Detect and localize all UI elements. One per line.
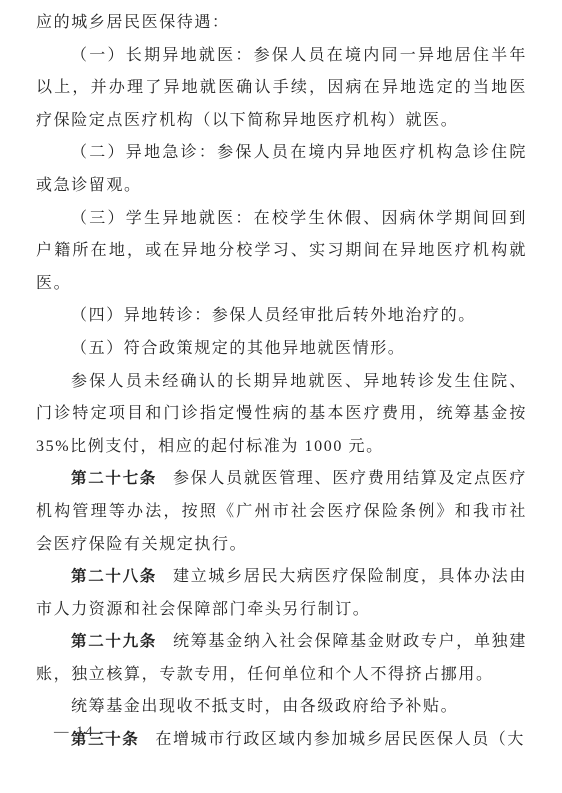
paragraph-text: （三）学生异地就医：在校学生休假、因病休学期间回到户籍所在地，或在异地分校学习、… bbox=[36, 210, 527, 292]
paragraph-text: （二）异地急诊：参保人员在境内异地医疗机构急诊住院或急诊留观。 bbox=[36, 144, 527, 194]
document-body: 应的城乡居民医保待遇： （一）长期异地就医：参保人员在境内同一异地居住半年以上，… bbox=[36, 7, 527, 757]
paragraph-text: （一）长期异地就医：参保人员在境内同一异地居住半年以上，并办理了异地就医确认手续… bbox=[36, 47, 527, 129]
paragraph-text: 统筹基金出现收不抵支时，由各级政府给予补贴。 bbox=[71, 698, 458, 715]
paragraph-text: 在增城市行政区域内参加城乡居民医保人员（大 bbox=[155, 731, 525, 748]
paragraph-text: 应的城乡居民医保待遇： bbox=[36, 14, 230, 31]
paragraph: 应的城乡居民医保待遇： bbox=[36, 7, 527, 40]
paragraph: （二）异地急诊：参保人员在境内异地医疗机构急诊住院或急诊留观。 bbox=[36, 137, 527, 202]
paragraph-article-29: 第二十九条统筹基金纳入社会保障基金财政专户，单独建账，独立核算，专款专用，任何单… bbox=[36, 626, 527, 691]
article-number: 第二十九条 bbox=[71, 633, 157, 650]
paragraph: （三）学生异地就医：在校学生休假、因病休学期间回到户籍所在地，或在异地分校学习、… bbox=[36, 203, 527, 301]
paragraph-article-28: 第二十八条建立城乡居民大病医疗保险制度，具体办法由市人力资源和社会保障部门牵头另… bbox=[36, 561, 527, 626]
page-number: — 14 — bbox=[54, 724, 117, 741]
article-number: 第二十八条 bbox=[71, 568, 157, 585]
paragraph: （一）长期异地就医：参保人员在境内同一异地居住半年以上，并办理了异地就医确认手续… bbox=[36, 40, 527, 138]
paragraph-text: 参保人员未经确认的长期异地就医、异地转诊发生住院、门诊特定项目和门诊指定慢性病的… bbox=[36, 373, 527, 455]
paragraph: 参保人员未经确认的长期异地就医、异地转诊发生住院、门诊特定项目和门诊指定慢性病的… bbox=[36, 366, 527, 464]
paragraph: （四）异地转诊：参保人员经审批后转外地治疗的。 bbox=[36, 300, 527, 333]
paragraph-text: （四）异地转诊：参保人员经审批后转外地治疗的。 bbox=[71, 307, 476, 324]
paragraph: 统筹基金出现收不抵支时，由各级政府给予补贴。 bbox=[36, 691, 527, 724]
paragraph: （五）符合政策规定的其他异地就医情形。 bbox=[36, 333, 527, 366]
paragraph-article-27: 第二十七条参保人员就医管理、医疗费用结算及定点医疗机构管理等办法，按照《广州市社… bbox=[36, 463, 527, 561]
document-page: 应的城乡居民医保待遇： （一）长期异地就医：参保人员在境内同一异地居住半年以上，… bbox=[0, 0, 562, 793]
paragraph-text: （五）符合政策规定的其他异地就医情形。 bbox=[71, 340, 405, 357]
article-number: 第二十七条 bbox=[71, 470, 157, 487]
